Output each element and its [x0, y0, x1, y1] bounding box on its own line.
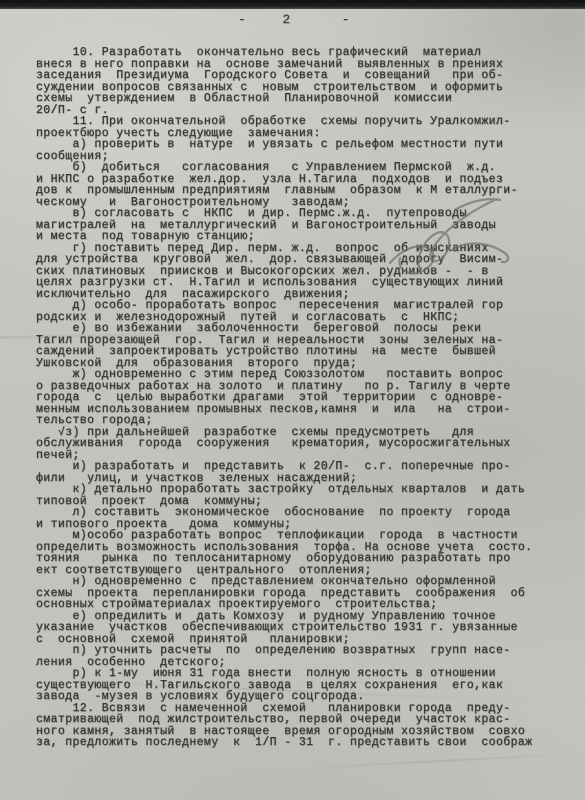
text-line: дов к промышленным предприятиям главным …	[36, 185, 571, 197]
text-line: к) детально проработать застройку отдель…	[36, 484, 571, 496]
text-line: и) разработать и представить к 20/П- с.г…	[36, 461, 571, 473]
text-line: л) составить экономическое обоснование п…	[36, 507, 571, 519]
scanned-document-page: - 2 - 10. Разработать окончательно весь …	[0, 0, 585, 800]
text-line: п) уточнить расчеты по определению возвр…	[36, 645, 571, 657]
text-line: 11. При окончательной обработке схемы по…	[36, 116, 571, 128]
text-line: ж) одновременно с этим перед Союззолотом…	[36, 369, 571, 381]
text-line: р) к 1-му июня 31 года внести полную ясн…	[36, 668, 571, 680]
text-line: основных стройматериалах проектируемого …	[36, 599, 571, 611]
text-line: схемы утверждением в Областной Планирово…	[36, 93, 571, 105]
text-line: м)особо разработать вопрос теплофикации …	[36, 530, 571, 542]
text-line: обслуживания города сооружения крематори…	[36, 438, 571, 450]
text-line: для устройства круговой жел. дор. связыв…	[36, 254, 571, 266]
text-line: саждений запроектировать устройство плот…	[36, 346, 571, 358]
text-line: 10. Разработать окончательно весь графич…	[36, 47, 571, 59]
page-number: - 2 -	[238, 12, 356, 27]
text-line: тельство города;	[36, 415, 571, 427]
text-line: е) во избежании заболоченности береговой…	[36, 323, 571, 335]
text-line: б) добиться согласования с Управлением П…	[36, 162, 571, 174]
text-line: города с целью выработки драгами этой те…	[36, 392, 571, 404]
text-line: и места под товарную станцию;	[36, 231, 571, 243]
text-line: д) особо- проработать вопрос пересечения…	[36, 300, 571, 312]
text-line: тояния рынка по теплосанитарному оборудо…	[36, 553, 571, 565]
text-line: целях разгрузки ст. Н.Тагил и использова…	[36, 277, 571, 289]
text-line: заседания Президиума Городского Совета и…	[36, 70, 571, 82]
text-line: н) одновременно с представлением окончат…	[36, 576, 571, 588]
text-line: сматривающей под жилстроительство, перво…	[36, 714, 571, 726]
text-line: завода -музея в условиях будущего соцгор…	[36, 691, 571, 703]
text-line: указание участков обеспечивающих строите…	[36, 622, 571, 634]
text-line: за, предложить последнему к 1/П - 31 г. …	[36, 737, 571, 749]
text-line: а) проверить в натуре и увязать с рельеф…	[36, 139, 571, 151]
scan-edge-bar	[0, 0, 585, 9]
text-line: в) согласовать с НКПС и дир. Пермс.ж.д. …	[36, 208, 571, 220]
typewritten-text: 10. Разработать окончательно весь графич…	[36, 47, 571, 749]
